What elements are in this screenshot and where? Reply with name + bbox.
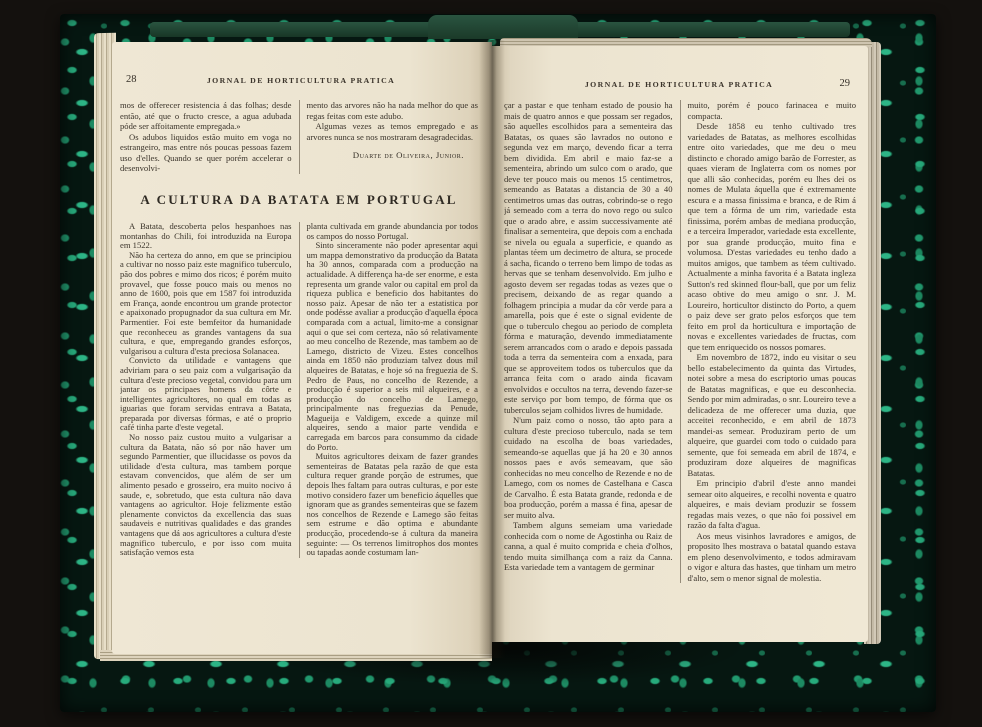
paragraph: No nosso paiz custou muito a vulgarisar … [120, 433, 292, 558]
running-header: JORNAL DE HORTICULTURA PRATICA [500, 80, 858, 89]
paragraph: muito, porém é pouco farinacea e muito c… [688, 100, 857, 121]
two-column-block: mos de offerecer resistencia á das folha… [120, 100, 478, 174]
running-header: JORNAL DE HORTICULTURA PRATICA [120, 76, 482, 85]
paragraph: mento das arvores não ha nada melhor do … [307, 100, 479, 121]
text-column: mento das arvores não ha nada melhor do … [299, 100, 479, 174]
paragraph: çar a pastar e que tenham estado de pous… [504, 100, 673, 415]
paragraph: Convicto da utilidade e vantagens que ad… [120, 356, 292, 433]
left-page: 28 JORNAL DE HORTICULTURA PRATICA mos de… [112, 42, 492, 654]
article-section: A Batata, descoberta pelos hespanhoes na… [120, 222, 478, 636]
paragraph: Os adubos liquidos estão muito em voga n… [120, 132, 292, 174]
paragraph: N'um paiz como o nosso, tão apto para a … [504, 415, 673, 520]
paragraph: Tambem alguns semeiam uma variedade conh… [504, 520, 673, 573]
article-section: çar a pastar e que tenham estado de pous… [504, 100, 856, 636]
text-column: çar a pastar e que tenham estado de pous… [504, 100, 680, 583]
paragraph: Sinto sinceramente não poder apresentar … [307, 241, 479, 452]
two-column-block: çar a pastar e que tenham estado de pous… [504, 100, 856, 583]
text-column: muito, porém é pouco farinacea e muito c… [680, 100, 857, 583]
article-title: A CULTURA DA BATATA EM PORTUGAL [120, 192, 478, 208]
two-column-block: A Batata, descoberta pelos hespanhoes na… [120, 222, 478, 558]
author-signature: Duarte de Oliveira, Junior. [307, 150, 479, 161]
paragraph: mos de offerecer resistencia á das folha… [120, 100, 292, 132]
paragraph: Algumas vezes as temos empregado e as ar… [307, 121, 479, 142]
paragraph: Em principio d'abril d'este anno mandei … [688, 478, 857, 531]
paragraph: Muitos agricultores deixam de fazer gran… [307, 452, 479, 558]
right-page-header: JORNAL DE HORTICULTURA PRATICA 29 [500, 80, 858, 94]
book-spine-headband [428, 15, 578, 39]
paragraph: Aos meus visinhos lavradores e amigos, d… [688, 531, 857, 584]
paragraph: planta cultivada em grande abundancia po… [307, 222, 479, 241]
paragraph: Não ha certeza do anno, em que se princi… [120, 251, 292, 357]
page-number: 29 [840, 78, 851, 89]
previous-article-end-section: mos de offerecer resistencia á das folha… [120, 100, 478, 186]
left-page-header: 28 JORNAL DE HORTICULTURA PRATICA [120, 76, 482, 90]
paragraph: Desde 1858 eu tenho cultivado tres varie… [688, 121, 857, 352]
text-column: planta cultivada em grande abundancia po… [299, 222, 479, 558]
paragraph: Em novembro de 1872, indo eu visitar o s… [688, 352, 857, 478]
text-column: mos de offerecer resistencia á das folha… [120, 100, 299, 174]
paragraph: A Batata, descoberta pelos hespanhoes na… [120, 222, 292, 251]
right-page: JORNAL DE HORTICULTURA PRATICA 29 çar a … [492, 46, 868, 642]
text-column: A Batata, descoberta pelos hespanhoes na… [120, 222, 299, 558]
